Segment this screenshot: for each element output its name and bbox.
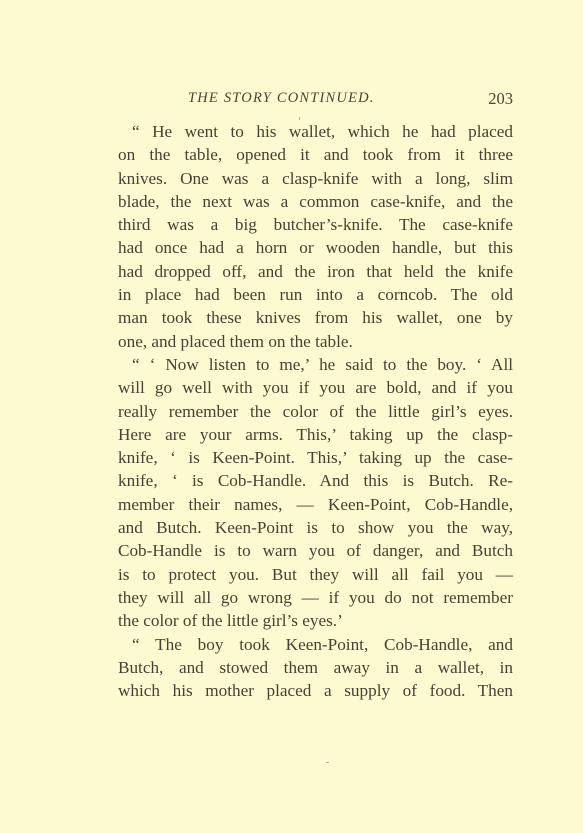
text-line: had once had a horn or wooden handle, bu… — [118, 236, 513, 259]
text-line: man took these knives from his wallet, o… — [118, 306, 513, 329]
text-line: member their names, — Keen-Point, Cob-Ha… — [118, 493, 513, 516]
text-line: on the table, opened it and took from it… — [118, 143, 513, 166]
text-line: “ ‘ Now listen to me,’ he said to the bo… — [118, 353, 513, 376]
print-speck — [326, 762, 329, 763]
text-line: Cob-Handle is to warn you of danger, and… — [118, 539, 513, 562]
text-line: and Butch. Keen-Point is to show you the… — [118, 516, 513, 539]
text-line: Here are your arms. This,’ taking up the… — [118, 423, 513, 446]
text-line: knife, ‘ is Keen-Point. This,’ taking up… — [118, 446, 513, 469]
text-line: in place had been run into a corncob. Th… — [118, 283, 513, 306]
paragraph: “ He went to his wallet, which he had pl… — [118, 120, 513, 353]
text-line: really remember the color of the little … — [118, 400, 513, 423]
text-line: blade, the next was a common case-knife,… — [118, 190, 513, 213]
running-head: THE STORY CONTINUED. 203 — [118, 90, 513, 110]
body-text: “ He went to his wallet, which he had pl… — [118, 120, 513, 702]
text-line: had dropped off, and the iron that held … — [118, 260, 513, 283]
text-line: will go well with you if you are bold, a… — [118, 376, 513, 399]
text-line: knife, ‘ is Cob-Handle. And this is Butc… — [118, 469, 513, 492]
text-line: the color of the little girl’s eyes.’ — [118, 609, 513, 632]
text-line: knives. One was a clasp-knife with a lon… — [118, 167, 513, 190]
book-page: THE STORY CONTINUED. 203 “ He went to hi… — [0, 0, 583, 833]
page-number: 203 — [488, 89, 513, 109]
text-line: which his mother placed a supply of food… — [118, 679, 513, 702]
text-line: Butch, and stowed them away in a wallet,… — [118, 656, 513, 679]
text-line: “ He went to his wallet, which he had pl… — [118, 120, 513, 143]
paragraph: “ ‘ Now listen to me,’ he said to the bo… — [118, 353, 513, 633]
text-line: one, and placed them on the table. — [118, 330, 513, 353]
text-line: third was a big butcher’s-knife. The cas… — [118, 213, 513, 236]
running-title: THE STORY CONTINUED. — [188, 90, 375, 107]
text-line: “ The boy took Keen-Point, Cob-Handle, a… — [118, 633, 513, 656]
text-line: they will all go wrong — if you do not r… — [118, 586, 513, 609]
paragraph: “ The boy took Keen-Point, Cob-Handle, a… — [118, 633, 513, 703]
text-line: is to protect you. But they will all fai… — [118, 563, 513, 586]
